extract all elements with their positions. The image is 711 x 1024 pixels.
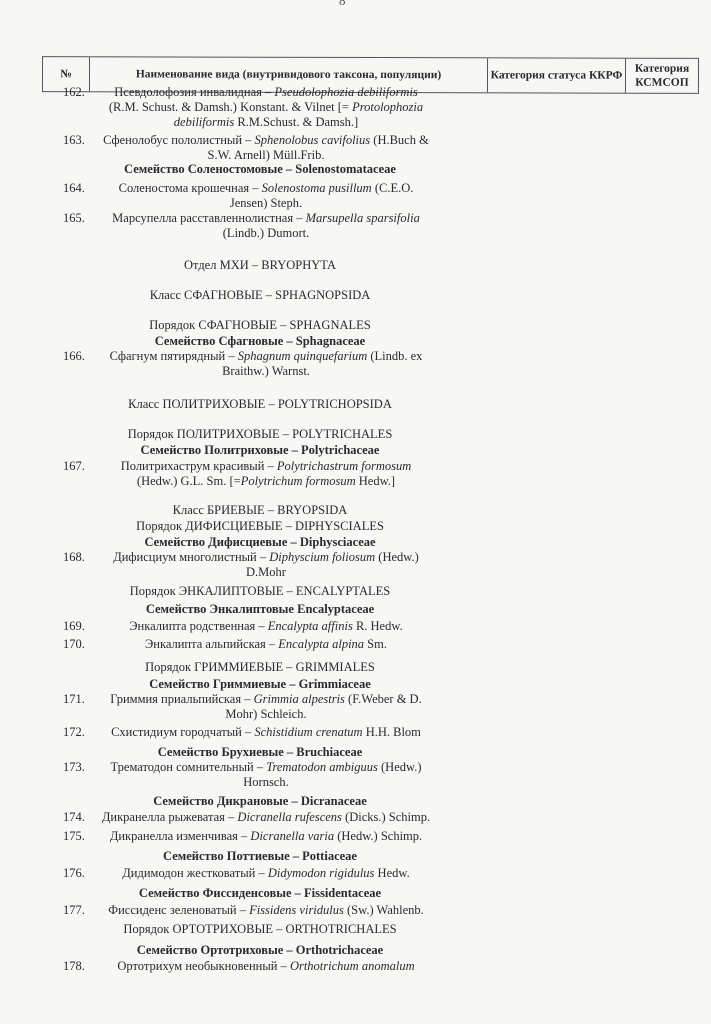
species-name: Энкалипта альпийская – Encalypta alpina … (92, 637, 440, 652)
species-name: Сфагнум пятирядный – Sphagnum quinquefar… (92, 349, 440, 379)
class-heading: Класс СФАГНОВЫЕ – SPHAGNOPSIDA (60, 288, 460, 303)
species-name: Соленостома крошечная – Solenostoma pusi… (92, 181, 440, 211)
species-name: Ортотрихум необыкновенный – Orthotrichum… (92, 959, 440, 974)
page-number: 8 (339, 0, 346, 9)
species-name: Псевдолофозия инвалидная – Pseudolophozi… (92, 85, 440, 130)
division-heading: Отдел МХИ – BRYOPHYTA (60, 258, 460, 273)
species-name: Марсупелла расставленнолистная – Marsupe… (92, 211, 440, 241)
family-heading: Семейство Политриховые – Polytrichaceae (60, 443, 460, 458)
order-heading: Порядок ЭНКАЛИПТОВЫЕ – ENCALYPTALES (60, 584, 460, 599)
family-heading: Семейство Энкалиптовые Encalyptaceae (60, 602, 460, 617)
family-heading: Семейство Дикрановые – Dicranaceae (60, 794, 460, 809)
order-heading: Порядок ОРТОТРИХОВЫЕ – ORTHOTRICHALES (60, 922, 460, 937)
family-heading: Семейство Соленостомовые – Solenostomata… (60, 162, 460, 177)
species-name: Дидимодон жестковатый – Didymodon rigidu… (92, 866, 440, 881)
family-heading: Семейство Гриммиевые – Grimmiaceae (60, 677, 460, 692)
family-heading: Семейство Сфагновые – Sphagnaceae (60, 334, 460, 349)
header-col-kkrf: Категория статуса ККРФ (488, 58, 626, 92)
order-heading: Порядок ГРИММИЕВЫЕ – GRIMMIALES (60, 660, 460, 675)
family-heading: Семейство Поттиевые – Pottiaceae (60, 849, 460, 864)
species-name: Схистидиум городчатый – Schistidium cren… (92, 725, 440, 740)
species-name: Дикранелла изменчивая – Dicranella varia… (92, 829, 440, 844)
species-name: Гриммия приальпийская – Grimmia alpestri… (92, 692, 440, 722)
order-heading: Порядок ПОЛИТРИХОВЫЕ – POLYTRICHALES (60, 427, 460, 442)
species-name: Сфенолобус пололистный – Sphenolobus cav… (92, 133, 440, 163)
order-heading: Порядок СФАГНОВЫЕ – SPHAGNALES (60, 318, 460, 333)
family-heading: Семейство Фиссиденсовые – Fissidentaceae (60, 886, 460, 901)
species-name: Дифисциум многолистный – Diphyscium foli… (92, 550, 440, 580)
family-heading: Семейство Брухиевые – Bruchiaceae (60, 745, 460, 760)
header-col-ksmsop: Категория КСМСОП (626, 59, 698, 93)
class-heading: Класс ПОЛИТРИХОВЫЕ – POLYTRICHOPSIDA (60, 397, 460, 412)
species-name: Трематодон сомнительный – Trematodon amb… (92, 760, 440, 790)
species-name: Фиссиденс зеленоватый – Fissidens viridu… (92, 903, 440, 918)
species-name: Дикранелла рыжеватая – Dicranella rufesc… (92, 810, 440, 825)
family-heading: Семейство Дифисциевые – Diphysciaceae (60, 535, 460, 550)
family-heading: Семейство Ортотриховые – Orthotrichaceae (60, 943, 460, 958)
class-heading: Класс БРИЕВЫЕ – BRYOPSIDA (60, 503, 460, 518)
species-name: Политрихаструм красивый – Polytrichastru… (92, 459, 440, 489)
species-name: Энкалипта родственная – Encalypta affini… (92, 619, 440, 634)
order-heading: Порядок ДИФИСЦИЕВЫЕ – DIPHYSCIALES (60, 519, 460, 534)
